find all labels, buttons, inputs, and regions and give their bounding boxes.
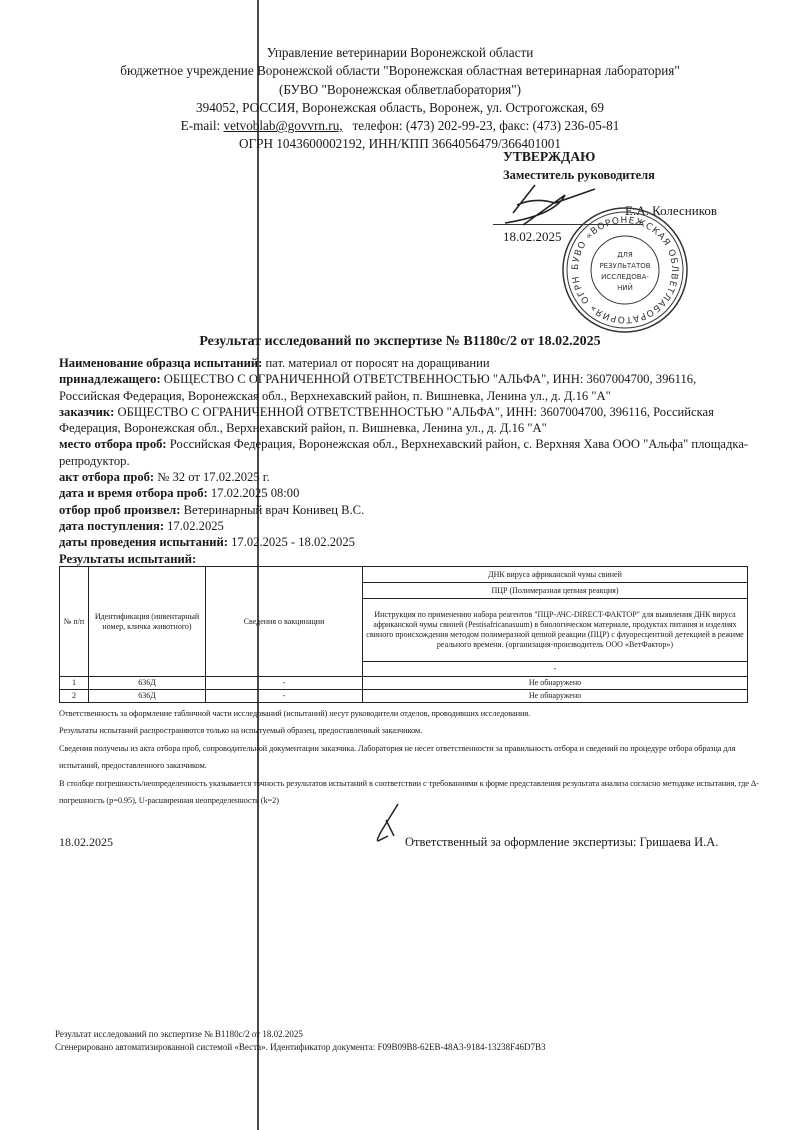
sampling-datetime-value: 17.02.2025 08:00 — [208, 486, 300, 500]
svg-text:ИССЛЕДОВА-: ИССЛЕДОВА- — [601, 273, 649, 281]
row-vacc: - — [206, 690, 363, 703]
contacts: E-mail: vetvoblab@govvrn.ru, телефон: (4… — [0, 117, 800, 135]
header-instruction: Инструкция по применению набора реагенто… — [363, 599, 748, 662]
row-vacc: - — [206, 677, 363, 690]
table-row: 2 636Д - Не обнаружено — [60, 690, 748, 703]
sampling-place-row: место отбора проб: Российская Федерация,… — [59, 436, 759, 469]
sampler-label: отбор проб произвел: — [59, 503, 180, 517]
row-num: 2 — [60, 690, 89, 703]
sampling-act-row: акт отбора проб: № 32 от 17.02.2025 г. — [59, 469, 759, 485]
footer: Результат исследований по экспертизе № В… — [55, 1028, 546, 1054]
institution-short-name: (БУВО "Воронежская облветлаборатория") — [0, 81, 800, 99]
footer-title: Результат исследований по экспертизе № В… — [55, 1028, 546, 1041]
svg-text:НИЙ: НИЙ — [617, 283, 633, 292]
svg-text:РЕЗУЛЬТАТОВ: РЕЗУЛЬТАТОВ — [599, 262, 650, 270]
signoff-date: 18.02.2025 — [59, 835, 113, 850]
customer-row: заказчик: ОБЩЕСТВО С ОГРАНИЧЕННОЙ ОТВЕТС… — [59, 404, 759, 437]
owner-row: принадлежащего: ОБЩЕСТВО С ОГРАНИЧЕННОЙ … — [59, 371, 759, 404]
note-responsibility: Ответственность за оформление табличной … — [59, 705, 759, 722]
responsible-signature-icon — [368, 800, 408, 850]
received-value: 17.02.2025 — [164, 519, 224, 533]
test-dates-value: 17.02.2025 - 18.02.2025 — [228, 535, 355, 549]
test-dates-label: даты проведения испытаний: — [59, 535, 228, 549]
sample-name-row: Наименование образца испытаний: пат. мат… — [59, 355, 759, 371]
approval-title: УТВЕРЖДАЮ — [503, 148, 763, 166]
stamp-icon: БУВО «ВОРОНЕЖСКАЯ ОБЛВЕТЛАБОРАТОРИЯ» ОГР… — [560, 205, 690, 335]
sampling-datetime-label: дата и время отбора проб: — [59, 486, 208, 500]
results-table: № п/п Идентификация (инвентарный номер, … — [59, 566, 748, 703]
sampling-act-label: акт отбора проб: — [59, 470, 154, 484]
test-dates-row: даты проведения испытаний: 17.02.2025 - … — [59, 534, 759, 550]
sampler-row: отбор проб произвел: Ветеринарный врач К… — [59, 502, 759, 518]
owner-label: принадлежащего: — [59, 372, 161, 386]
customer-label: заказчик: — [59, 405, 114, 419]
responsible-person: Ответственный за оформление экспертизы: … — [405, 835, 718, 850]
sampling-place-label: место отбора проб: — [59, 437, 167, 451]
header-identification: Идентификация (инвентарный номер, кличка… — [89, 567, 206, 677]
email-label: E-mail: — [181, 118, 224, 133]
received-row: дата поступления: 17.02.2025 — [59, 518, 759, 534]
row-result: Не обнаружено — [363, 677, 748, 690]
row-id: 636Д — [89, 677, 206, 690]
header-num: № п/п — [60, 567, 89, 677]
table-row: 1 636Д - Не обнаружено — [60, 677, 748, 690]
sample-name-label: Наименование образца испытаний: — [59, 356, 262, 370]
footer-document-id: Сгенерировано автоматизированной системо… — [55, 1041, 546, 1054]
row-result: Не обнаружено — [363, 690, 748, 703]
email-link[interactable]: vetvoblab@govvrn.ru, — [224, 118, 343, 133]
phones: телефон: (473) 202-99-23, факс: (473) 23… — [343, 118, 620, 133]
sampler-value: Ветеринарный врач Конивец В.С. — [180, 503, 364, 517]
row-id: 636Д — [89, 690, 206, 703]
note-source: Сведения получены из акта отбора проб, с… — [59, 740, 759, 775]
address: 394052, РОССИЯ, Воронежская область, Вор… — [0, 99, 800, 117]
ministry-name: Управление ветеринарии Воронежской облас… — [0, 44, 800, 62]
header-method: ПЦР (Полимеразная цепная реакция) — [363, 583, 748, 599]
header-vaccination: Сведения о вакцинации — [206, 567, 363, 677]
notes: Ответственность за оформление табличной … — [59, 705, 759, 809]
svg-text:ДЛЯ: ДЛЯ — [617, 251, 633, 259]
header-norm: - — [363, 662, 748, 677]
note-uncertainty: В столбце погрешность/неопределенность у… — [59, 775, 759, 810]
sampling-act-value: № 32 от 17.02.2025 г. — [154, 470, 270, 484]
header-test-name: ДНК вируса африканской чумы свиней — [363, 567, 748, 583]
letterhead: Управление ветеринарии Воронежской облас… — [0, 44, 800, 154]
note-scope: Результаты испытаний распространяются то… — [59, 722, 759, 739]
customer-value: ОБЩЕСТВО С ОГРАНИЧЕННОЙ ОТВЕТСТВЕННОСТЬЮ… — [59, 405, 714, 435]
sample-name-value: пат. материал от поросят на доращивании — [262, 356, 489, 370]
row-num: 1 — [60, 677, 89, 690]
received-label: дата поступления: — [59, 519, 164, 533]
document-title: Результат исследований по экспертизе № В… — [0, 334, 800, 350]
sample-info: Наименование образца испытаний: пат. мат… — [59, 355, 759, 567]
institution-name: бюджетное учреждение Воронежской области… — [0, 62, 800, 80]
results-heading: Результаты испытаний: — [59, 551, 759, 567]
sampling-datetime-row: дата и время отбора проб: 17.02.2025 08:… — [59, 485, 759, 501]
